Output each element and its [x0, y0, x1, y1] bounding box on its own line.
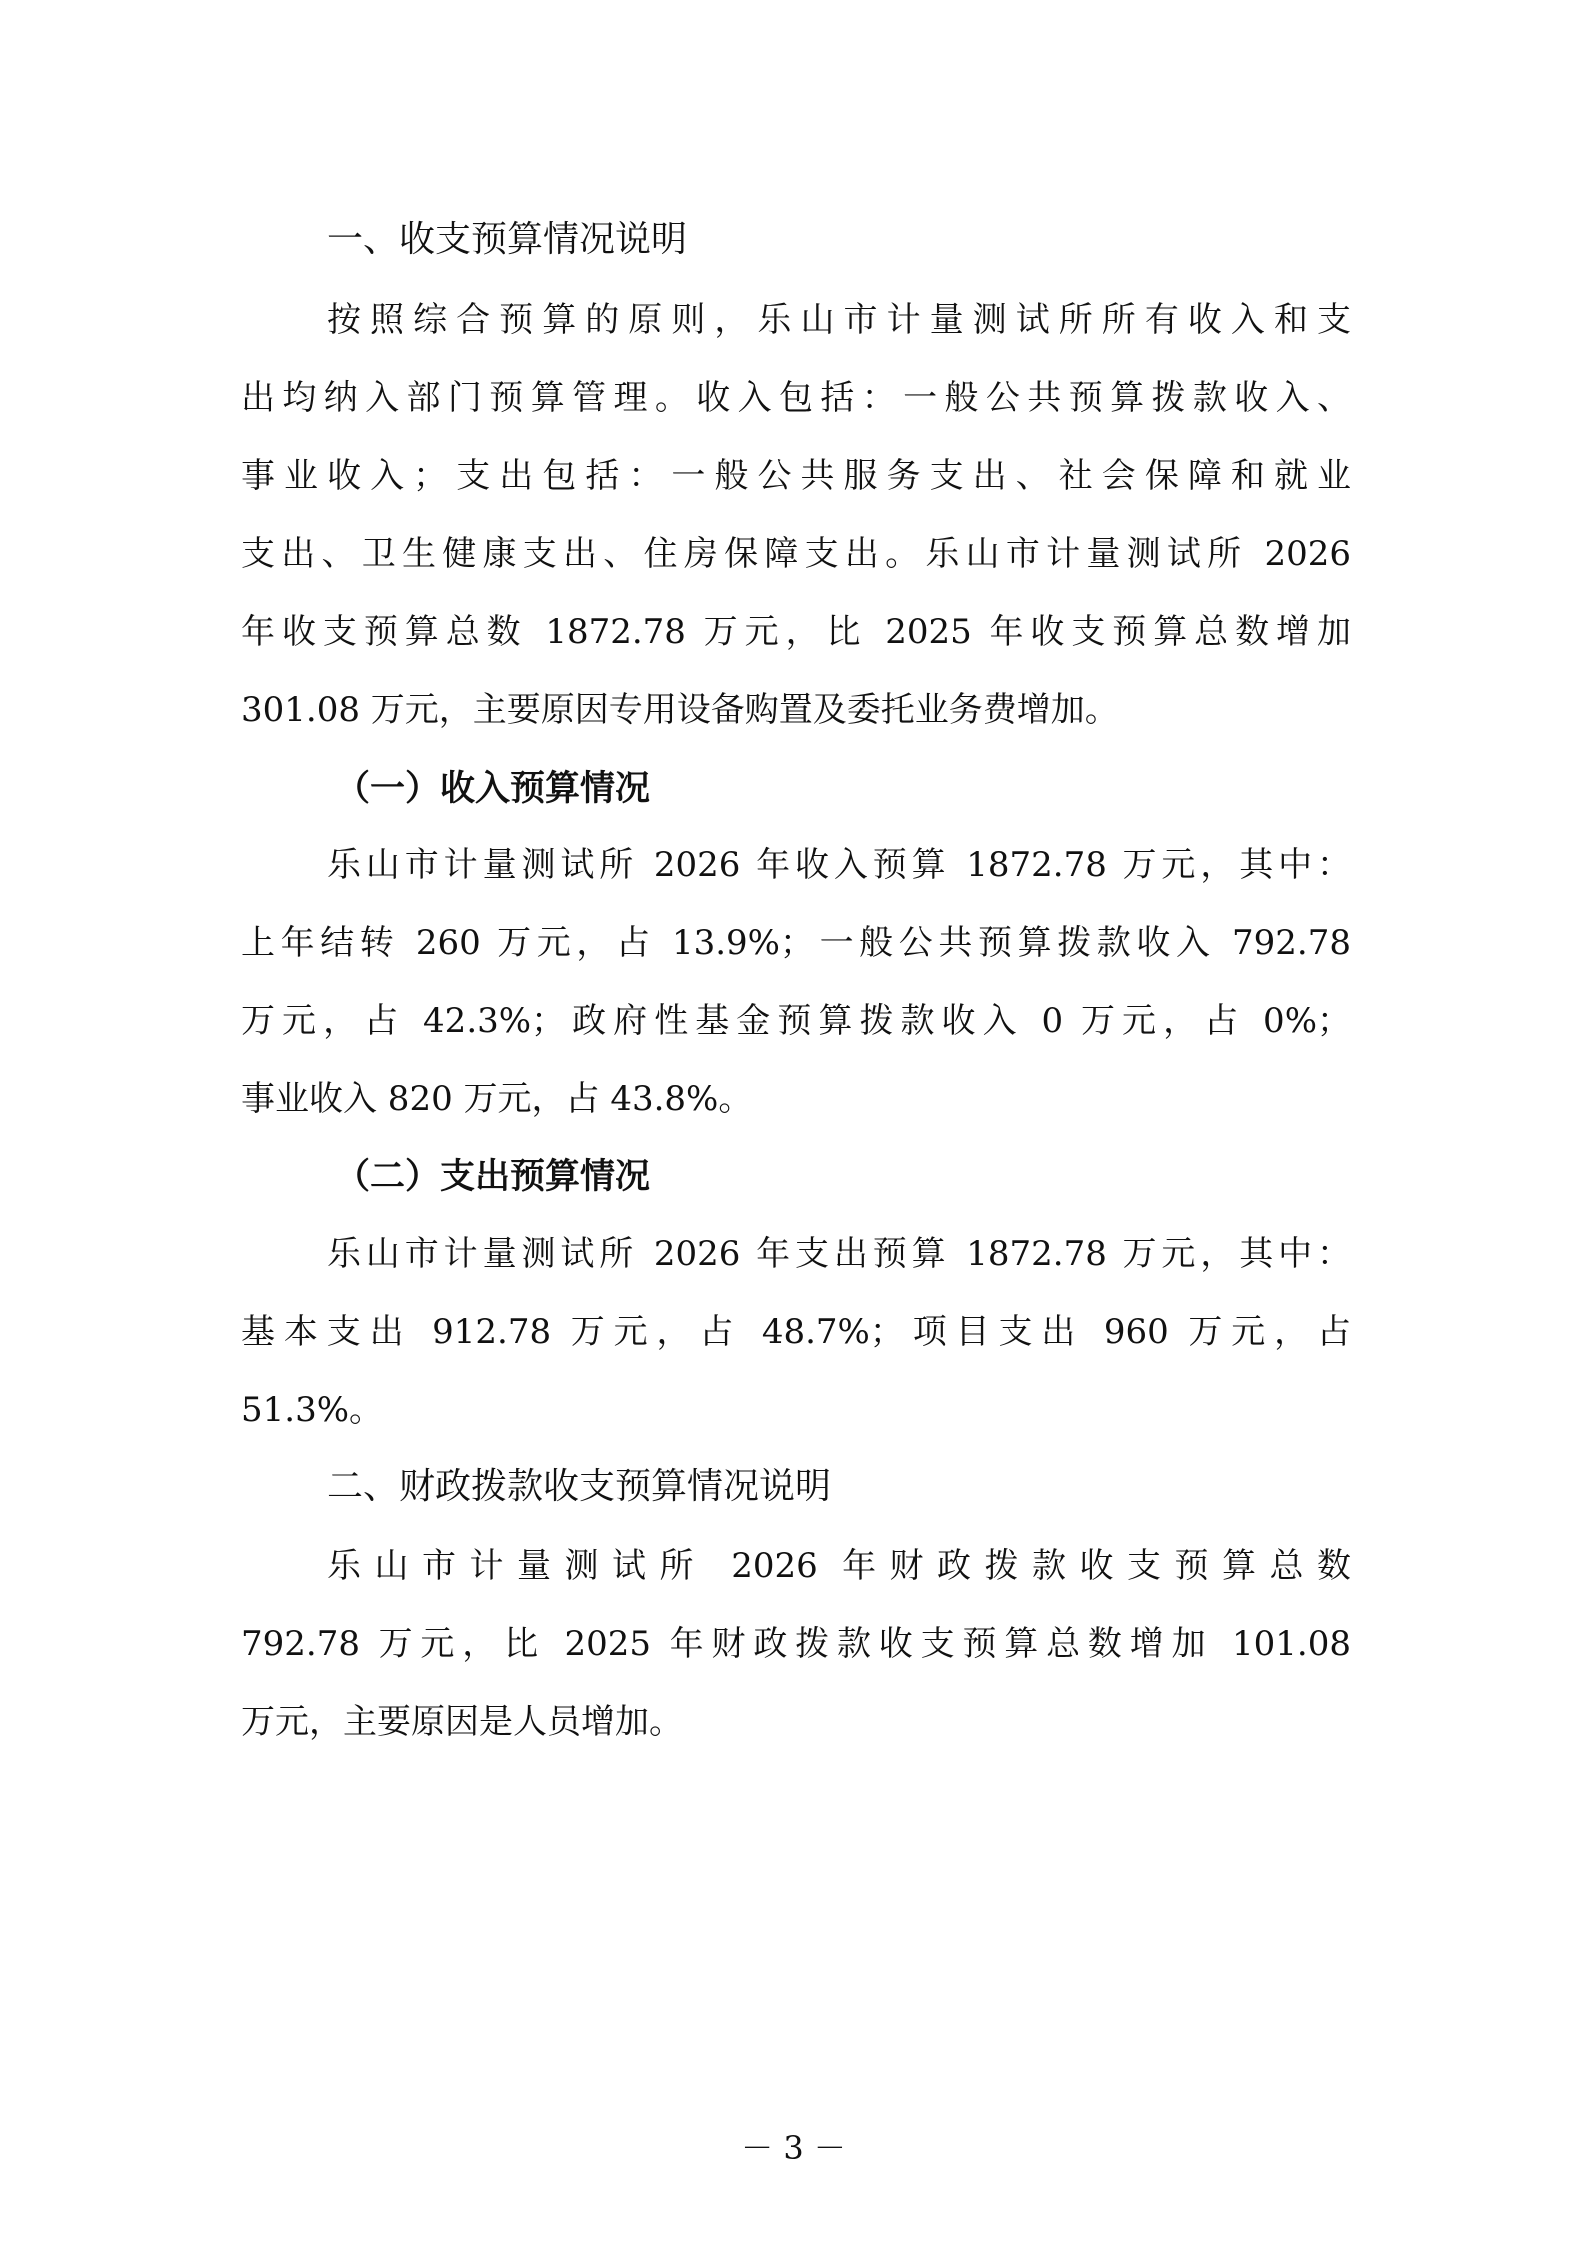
paragraph-line: 万元，占 42.3%；政府性基金预算拨款收入 0 万元，占 0%； [241, 999, 1351, 1043]
paragraph-line: 792.78 万元，比 2025 年财政拨款收支预算总数增加 101.08 [241, 1622, 1351, 1666]
document-page: 一、收支预算情况说明 按照综合预算的原则，乐山市计量测试所所有收入和支 出均纳入… [0, 0, 1587, 2245]
subsection-heading-income: （一）收入预算情况 [335, 764, 650, 814]
paragraph-line: 上年结转 260 万元，占 13.9%；一般公共预算拨款收入 792.78 [241, 921, 1351, 965]
paragraph-line: 出均纳入部门预算管理。收入包括：一般公共预算拨款收入、 [241, 376, 1351, 420]
subsection-heading-expenditure: （二）支出预算情况 [335, 1152, 650, 1202]
paragraph-line: 乐山市计量测试所 2026 年支出预算 1872.78 万元，其中： [327, 1232, 1351, 1276]
section-heading-1: 一、收支预算情况说明 [327, 215, 687, 265]
paragraph-line: 按照综合预算的原则，乐山市计量测试所所有收入和支 [327, 298, 1351, 342]
paragraph-line: 事业收入 820 万元，占 43.8%。 [241, 1077, 1351, 1121]
paragraph-line: 51.3%。 [241, 1388, 1351, 1432]
paragraph-line: 支出、卫生健康支出、住房保障支出。乐山市计量测试所 2026 [241, 532, 1351, 576]
paragraph-line: 事业收入；支出包括：一般公共服务支出、社会保障和就业 [241, 454, 1351, 498]
paragraph-line: 年收支预算总数 1872.78 万元，比 2025 年收支预算总数增加 [241, 610, 1351, 654]
paragraph-line: 乐山市计量测试所 2026 年收入预算 1872.78 万元，其中： [327, 843, 1351, 887]
page-number: － 3 － [0, 2128, 1587, 2168]
paragraph-line: 万元，主要原因是人员增加。 [241, 1700, 1351, 1744]
paragraph-line: 乐山市计量测试所 2026 年财政拨款收支预算总数 [327, 1544, 1351, 1588]
paragraph-line: 基本支出 912.78 万元，占 48.7%；项目支出 960 万元，占 [241, 1310, 1351, 1354]
section-heading-2: 二、财政拨款收支预算情况说明 [327, 1462, 831, 1512]
paragraph-line: 301.08 万元，主要原因专用设备购置及委托业务费增加。 [241, 688, 1351, 732]
